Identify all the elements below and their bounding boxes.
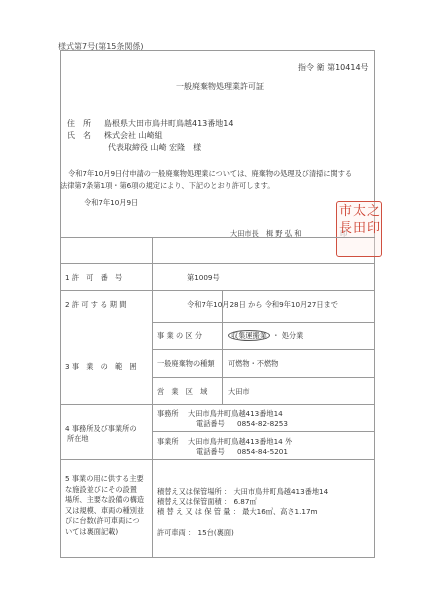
facility-phone: 0854-84-5201	[237, 447, 288, 456]
business-category-rest: ・ 処分業	[272, 331, 303, 340]
body-text-line2: 法律第7条第1項・第6項の規定により、下記のとおり許可します。	[60, 181, 274, 191]
business-area-label: 営 業 区 域	[157, 387, 207, 397]
seal-char: 市	[339, 205, 352, 218]
official-seal: 市 太 之 長 田 印	[336, 201, 382, 257]
table-top-line	[60, 237, 375, 238]
seal-char: 之	[367, 205, 380, 218]
facility-phone-label: 電話番号	[196, 447, 225, 457]
facility-type: 事業所	[157, 437, 179, 447]
waste-type-value: 可燃物・不燃物	[228, 359, 278, 369]
seal-char: 太	[353, 205, 366, 218]
permit-period-value: 令和7年10月28日 から 令和9年10月27日まで	[187, 300, 338, 310]
row-divider	[60, 290, 375, 291]
address-value: 島根県大田市鳥井町鳥越413番地14	[104, 118, 233, 129]
storage-location: 積替え又は保管場所 ： 大田市鳥井町鳥越413番地14	[157, 487, 328, 497]
office-address: 大田市鳥井町鳥越413番地14	[188, 409, 283, 419]
representative-name: 代表取締役 山崎 宏隆 様	[108, 142, 201, 153]
circled-collection-transport: 収集運搬業	[228, 330, 270, 341]
business-category-label: 事 業 の 区 分	[157, 331, 202, 341]
row-divider	[60, 263, 375, 264]
row-divider	[60, 459, 375, 460]
address-label: 住 所	[67, 118, 91, 129]
row-divider	[152, 322, 375, 323]
facility-address: 大田市鳥井町鳥越413番地14 外	[188, 437, 292, 447]
issue-date: 令和7年10月9日	[84, 198, 138, 208]
document-number: 指令 衛 第10414号	[298, 62, 369, 73]
permit-number-label: 1 許 可 番 号	[65, 273, 122, 283]
permitted-vehicles: 許可車両 ： 15台(裏面)	[157, 528, 234, 538]
seal-char: 印	[367, 222, 380, 235]
company-name: 株式会社 山崎組	[104, 130, 163, 141]
permit-number-value: 第1009号	[187, 273, 220, 283]
storage-capacity: 積 替 え 又 は 保 管 量 ： 最大16㎥、高さ1.17m	[157, 507, 318, 517]
office-location-label-line2: 所在地	[67, 434, 89, 444]
main-facilities-label: 5 事業の用に供する主要 な施設並びにその設置 場所、主要な設備の構造 又は規模…	[65, 474, 144, 537]
column-divider	[152, 237, 153, 558]
office-phone-label: 電話番号	[196, 419, 225, 429]
business-category-value: 収集運搬業 ・ 処分業	[228, 330, 303, 341]
body-text-line1: 令和7年10月9日付申請の一般廃棄物処理業については、廃棄物の処理及び清掃に関す…	[68, 169, 352, 179]
permit-period-label: 2 許 可 す る 期 間	[65, 300, 126, 310]
row-divider	[152, 377, 375, 378]
seal-char: 長	[339, 222, 352, 235]
row-divider	[152, 431, 375, 432]
document-title: 一般廃棄物処理業許可証	[176, 81, 264, 92]
seal-char: 田	[353, 222, 366, 235]
waste-type-label: 一般廃棄物の種類	[157, 359, 215, 369]
business-area-value: 大田市	[228, 387, 250, 397]
row-divider	[152, 349, 375, 350]
storage-area: 積替え又は保管面積 ： 6.87㎡	[157, 497, 257, 507]
row-divider	[60, 404, 375, 405]
office-type: 事務所	[157, 409, 179, 419]
business-scope-label: 3 事 業 の 範 囲	[65, 362, 137, 372]
name-label: 氏 名	[67, 130, 91, 141]
office-phone: 0854-82-8253	[237, 419, 288, 428]
office-location-label-line1: 4 事務所及び事業所の	[65, 424, 137, 434]
